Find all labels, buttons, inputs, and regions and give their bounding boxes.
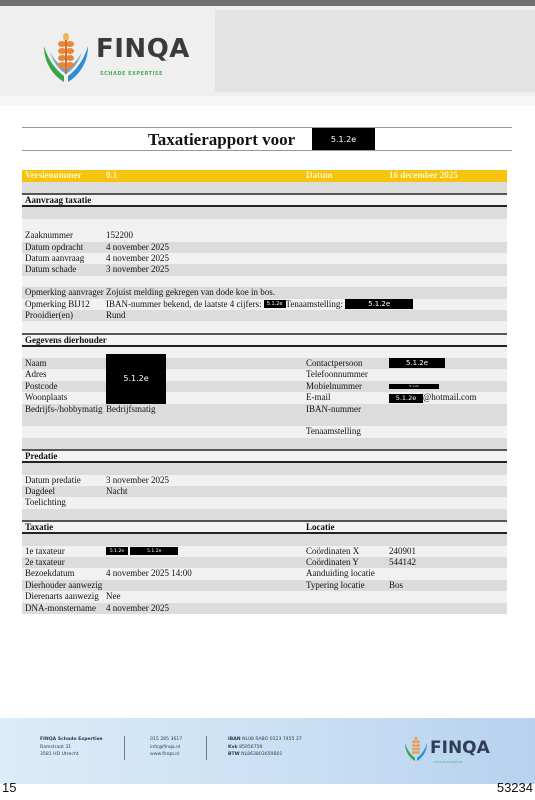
- table-row: Postcode Mobielnummer 5.1.2e: [22, 381, 507, 392]
- table-row: DNA-monstername 4 november 2025: [22, 603, 507, 614]
- table-row: 1e taxateur 5.1.2e 5.1.2e Coördinaten X …: [22, 546, 507, 557]
- report-title-row: Taxatierapport voor 5.1.2e: [22, 127, 512, 151]
- page-number: 15: [2, 780, 16, 795]
- table-row: Opmerking aanvrager Zojuist melding gekr…: [22, 287, 507, 298]
- redacted-block: 5.1.2e: [106, 547, 128, 555]
- section-heading: Gegevens dierhouder: [25, 335, 107, 345]
- date-label: Datum: [306, 170, 333, 181]
- footer-contact: 015 285 3617 info@finqa.nl www.finqa.nl: [150, 736, 182, 759]
- table-row: 2e taxateur Coördinaten Y 544142: [22, 557, 507, 568]
- footer-address: FINQA Schade Expertise Ramstraat 31 3581…: [40, 736, 103, 759]
- table-row: Prooidier(en) Rund: [22, 310, 507, 321]
- redacted-block: 5.1.2e: [389, 358, 445, 368]
- redacted-block: 5.1.2e: [389, 394, 423, 403]
- brand-name: FINQA: [96, 34, 190, 64]
- table-row: Adres Telefoonnummer: [22, 369, 507, 380]
- wheat-hands-icon: [38, 30, 94, 86]
- table-row: Dierenarts aanwezig Nee: [22, 591, 507, 602]
- table-row: Bezoekdatum 4 november 2025 14:00 Aandui…: [22, 568, 507, 579]
- table-row: Datum predatie 3 november 2025: [22, 475, 507, 486]
- redacted-block: 5.1.2e: [389, 384, 439, 389]
- divider: [206, 736, 207, 760]
- footer-bank: IBAN NL08 RABO 0123 7455 27 Kvk 85956759…: [228, 736, 302, 759]
- document-number: 53234: [497, 780, 533, 795]
- table-row: Dagdeel Nacht: [22, 486, 507, 497]
- section-dierhouder: Gegevens dierhouder: [22, 333, 507, 347]
- version-bar: Versienummer 0.1 Datum 16 december 2025: [22, 170, 507, 182]
- table-row: Naam Contactpersoon 5.1.2e: [22, 358, 507, 369]
- version-label: Versienummer: [25, 170, 82, 181]
- redacted-block: 5.1.2e: [130, 547, 178, 555]
- table-row: Woonplaats E-mail 5.1.2e@hotmail.com: [22, 392, 507, 403]
- version-value: 0.1: [106, 170, 117, 181]
- section-heading: Aanvraag taxatie: [25, 195, 91, 205]
- section-aanvraag: Aanvraag taxatie: [22, 193, 507, 207]
- redacted-block: 5.1.2e: [264, 300, 286, 308]
- section-taxatie-locatie: Taxatie Locatie: [22, 520, 507, 534]
- redacted-block: 5.1.2e: [106, 354, 166, 404]
- divider: [124, 736, 125, 760]
- page-footer: FINQA Schade Expertise Ramstraat 31 3581…: [0, 718, 535, 784]
- dierhouder-block: Naam Contactpersoon 5.1.2e Adres Telefoo…: [22, 347, 507, 450]
- table-row: Opmerking BIJ12 IBAN-nummer bekend, de l…: [22, 299, 507, 310]
- table-row: Toelichting: [22, 497, 507, 508]
- table-row: Dierhouder aanwezig Typering locatie Bos: [22, 580, 507, 591]
- section-predatie: Predatie: [22, 449, 507, 463]
- table-row: Datum aanvraag 4 november 2025: [22, 253, 507, 264]
- finqa-logo-footer: FINQA SCHADE EXPERTISE: [402, 732, 512, 772]
- table-row: Tenaamstelling: [22, 426, 507, 437]
- report-title: Taxatierapport voor: [148, 130, 295, 150]
- finqa-logo: FINQA SCHADE EXPERTISE: [38, 30, 198, 86]
- table-row: Datum opdracht 4 november 2025: [22, 242, 507, 253]
- redacted-block: 5.1.2e: [312, 128, 375, 150]
- section-heading: Taxatie: [25, 522, 53, 532]
- date-value: 16 december 2025: [389, 170, 458, 181]
- section-heading: Locatie: [306, 522, 335, 532]
- table-row: Datum schade 3 november 2025: [22, 264, 507, 275]
- section-heading: Predatie: [25, 451, 57, 461]
- report-body: Versienummer 0.1 Datum 16 december 2025 …: [22, 170, 507, 614]
- redacted-block: 5.1.2e: [345, 299, 413, 309]
- table-row: Zaaknummer 152200: [22, 230, 507, 241]
- wheat-hands-icon: [402, 734, 430, 764]
- table-row: Bedrijfs-/hobbymatig Bedrijfsmatig IBAN-…: [22, 404, 507, 415]
- brand-tagline: SCHADE EXPERTISE: [100, 71, 163, 77]
